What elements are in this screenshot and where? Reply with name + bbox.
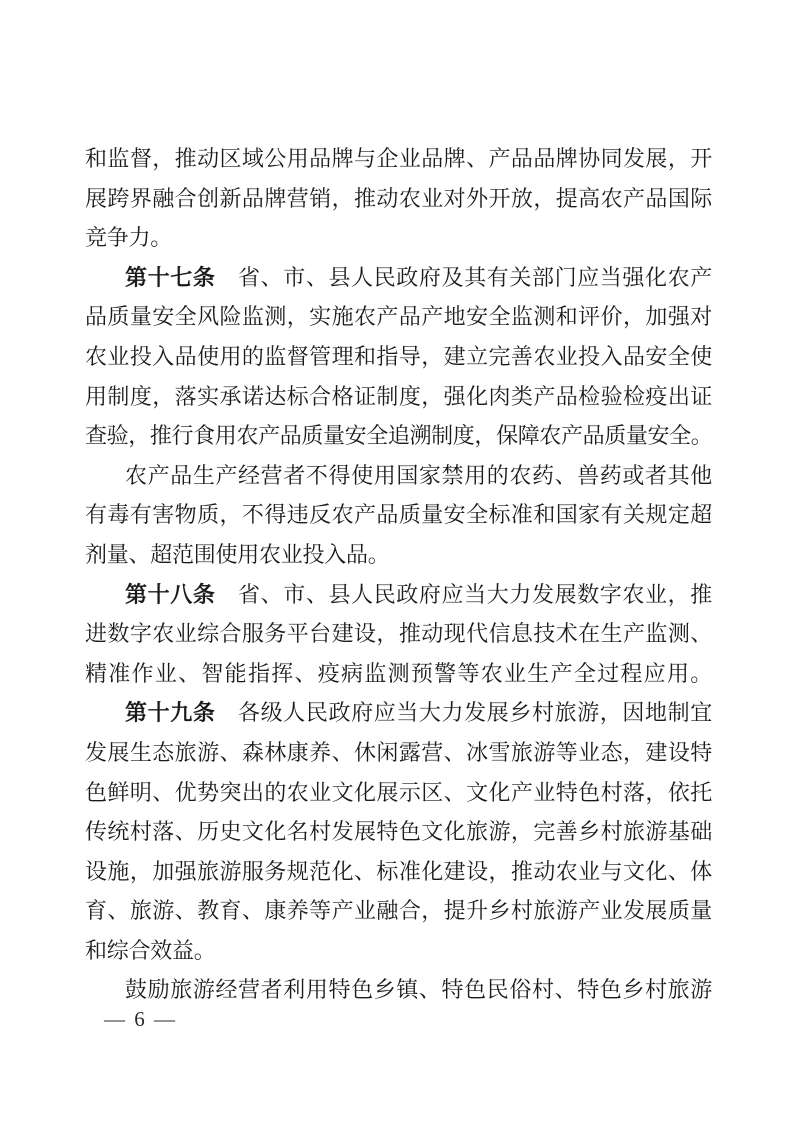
text-line: 农产品生产经营者不得使用国家禁用的农药、兽药或者其他 <box>85 456 712 496</box>
text-line: 色鲜明、优势突出的农业文化展示区、文化产业特色村落，依托 <box>85 773 712 813</box>
text-line: 竞争力。 <box>85 218 712 258</box>
article-number: 第十九条 <box>125 700 215 725</box>
article-number: 第十七条 <box>125 265 215 290</box>
text-line: 第十八条 省、市、县人民政府应当大力发展数字农业，推 <box>85 575 712 615</box>
text-line: 和监督，推动区域公用品牌与企业品牌、产品品牌协同发展，开 <box>85 139 712 179</box>
document-page: 和监督，推动区域公用品牌与企业品牌、产品品牌协同发展，开展跨界融合创新品牌营销，… <box>0 0 793 1122</box>
text-line: 有毒有害物质，不得违反农产品质量安全标准和国家有关规定超 <box>85 495 712 535</box>
document-body: 和监督，推动区域公用品牌与企业品牌、产品品牌协同发展，开展跨界融合创新品牌营销，… <box>85 139 712 1010</box>
paragraph: 农产品生产经营者不得使用国家禁用的农药、兽药或者其他有毒有害物质，不得违反农产品… <box>85 456 712 575</box>
paragraph: 鼓励旅游经营者利用特色乡镇、特色民俗村、特色乡村旅游 <box>85 970 712 1010</box>
text-line: 发展生态旅游、森林康养、休闲露营、冰雪旅游等业态，建设特 <box>85 733 712 773</box>
text-line: 精准作业、智能指挥、疫病监测预警等农业生产全过程应用。 <box>85 654 712 694</box>
text-line: 第十七条 省、市、县人民政府及其有关部门应当强化农产 <box>85 258 712 298</box>
page-number: — 6 — <box>104 1004 177 1034</box>
text-line: 展跨界融合创新品牌营销，推动农业对外开放，提高农产品国际 <box>85 179 712 219</box>
text-line: 鼓励旅游经营者利用特色乡镇、特色民俗村、特色乡村旅游 <box>85 970 712 1010</box>
text-line: 传统村落、历史文化名村发展特色文化旅游，完善乡村旅游基础 <box>85 812 712 852</box>
paragraph: 第十八条 省、市、县人民政府应当大力发展数字农业，推进数字农业综合服务平台建设，… <box>85 575 712 694</box>
text-line: 用制度，落实承诺达标合格证制度，强化肉类产品检验检疫出证 <box>85 377 712 417</box>
paragraph: 第十七条 省、市、县人民政府及其有关部门应当强化农产品质量安全风险监测，实施农产… <box>85 258 712 456</box>
text-line: 农业投入品使用的监督管理和指导，建立完善农业投入品安全使 <box>85 337 712 377</box>
text-line: 设施，加强旅游服务规范化、标准化建设，推动农业与文化、体 <box>85 852 712 892</box>
text-line: 和综合效益。 <box>85 931 712 971</box>
text-line: 查验，推行食用农产品质量安全追溯制度，保障农产品质量安全。 <box>85 416 712 456</box>
text-line: 进数字农业综合服务平台建设，推动现代信息技术在生产监测、 <box>85 614 712 654</box>
paragraph: 第十九条 各级人民政府应当大力发展乡村旅游，因地制宜发展生态旅游、森林康养、休闲… <box>85 693 712 970</box>
text-line: 剂量、超范围使用农业投入品。 <box>85 535 712 575</box>
paragraph: 和监督，推动区域公用品牌与企业品牌、产品品牌协同发展，开展跨界融合创新品牌营销，… <box>85 139 712 258</box>
text-line: 品质量安全风险监测，实施农产品产地安全监测和评价，加强对 <box>85 297 712 337</box>
text-line: 第十九条 各级人民政府应当大力发展乡村旅游，因地制宜 <box>85 693 712 733</box>
article-number: 第十八条 <box>125 582 215 607</box>
text-line: 育、旅游、教育、康养等产业融合，提升乡村旅游产业发展质量 <box>85 891 712 931</box>
